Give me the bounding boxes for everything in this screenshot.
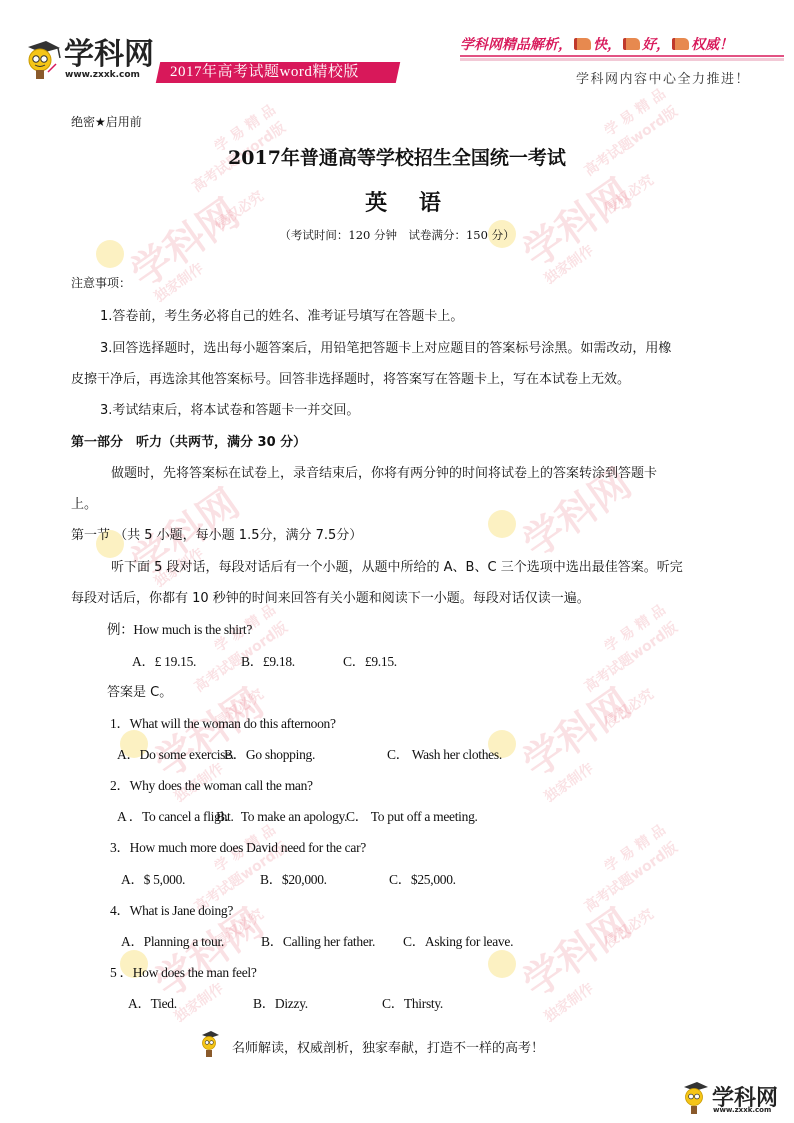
slogan-item: 好， <box>642 37 670 53</box>
notes-heading: 注意事项： <box>71 274 131 291</box>
mascot-icon <box>200 1030 220 1058</box>
watermark-brand: 学科网 <box>510 673 641 789</box>
option-4c: C．Asking for leave. <box>403 930 513 950</box>
part1-intro: 做题时，先将答案标在试卷上，录音结束后，你将有两分钟的时间将试卷上的答案转涂到答… <box>111 462 657 481</box>
question-4: 4．What is Jane doing? <box>110 899 233 919</box>
option-1c: C． Wash her clothes. <box>387 743 502 763</box>
example-answer: 答案是 C。 <box>107 681 172 700</box>
section1-heading: 第一节 （共 5 小题，每小题 1.5分，满分 7.5分） <box>71 524 362 543</box>
note-item: 3.回答选择题时，选出每小题答案后，用铅笔把答题卡上对应题目的答案标号涂黑。如需… <box>100 337 671 356</box>
watermark-mascot-icon <box>96 240 124 268</box>
exam-title: 2017年普通高等学校招生全国统一考试 <box>0 143 794 170</box>
option-2c: C． To put off a meeting. <box>346 805 478 825</box>
watermark-line: 学 易 精 品 <box>600 83 669 140</box>
section1-intro: 听下面 5 段对话，每段对话后有一个小题，从题中所给的 A、B、C 三个选项中选… <box>111 556 683 575</box>
section1-intro: 每段对话后，你都有 10 秒钟的时间来回答有关小题和阅读下一小题。每段对话仅读一… <box>71 587 590 606</box>
question-5: 5 ．How does the man feel? <box>110 961 257 981</box>
option-2b: B． To make an apology. <box>216 805 347 825</box>
watermark-brand: 学科网 <box>510 893 641 1009</box>
header-tagline: 学科网内容中心全力推进！ <box>576 68 750 87</box>
option-1b: B．Go shopping. <box>224 743 315 763</box>
mascot-logo-icon <box>682 1080 710 1116</box>
thumbs-up-icon <box>574 38 591 50</box>
example-option: C．£9.15. <box>343 650 397 670</box>
thumbs-up-icon <box>623 38 640 50</box>
header-slogan: 学科网精品解析，快，好，权威！ <box>460 34 733 54</box>
option-4a: A．Planning a tour. <box>121 930 224 950</box>
watermark-line: 独家制作 <box>150 258 207 307</box>
part1-heading: 第一部分 听力（共两节，满分 30 分） <box>71 431 306 450</box>
footer-slogan: 名师解读，权威剖析，独家奉献，打造不一样的高考！ <box>232 1037 544 1056</box>
watermark-line: 独家制作 <box>540 240 597 289</box>
watermark-line: 高考试题word版 <box>580 837 681 916</box>
watermark-line: 学 易 精 品 <box>600 819 669 876</box>
watermark-line: 独家制作 <box>540 978 597 1027</box>
option-5b: B．Dizzy. <box>253 992 308 1012</box>
watermark-line: 独家制作 <box>540 758 597 807</box>
edition-banner-text: 2017年高考试题word精校版 <box>170 63 359 82</box>
watermark-line: 侵权必究 <box>600 684 657 733</box>
note-item: 1.答卷前，考生务必将自己的姓名、准考证号填写在答题卡上。 <box>100 305 463 324</box>
exam-subject: 英 语 <box>0 186 794 217</box>
watermark-mascot-icon <box>488 510 516 538</box>
question-3: 3．How much more does David need for the … <box>110 836 366 856</box>
slogan-item: 权威！ <box>691 37 733 53</box>
option-1a: A．Do some exercise. <box>117 743 234 763</box>
example-option: B．£9.18. <box>241 650 295 670</box>
option-4b: B．Calling her father. <box>261 930 375 950</box>
option-3c: C．$25,000. <box>389 868 456 888</box>
header-divider <box>460 55 784 57</box>
footer-logo-url: www.zxxk.com <box>713 1106 771 1114</box>
note-item: 3.考试结束后，将本试卷和答题卡一并交回。 <box>100 399 359 418</box>
option-3b: B．$20,000. <box>260 868 327 888</box>
watermark-line: 侵权必究 <box>600 904 657 953</box>
watermark-mascot-icon <box>488 950 516 978</box>
watermark-brand: 学科网 <box>510 163 641 279</box>
option-5a: A．Tied. <box>128 992 177 1012</box>
slogan-prefix: 学科网精品解析， <box>460 37 572 53</box>
logo-url: www.zxxk.com <box>65 70 140 80</box>
part1-intro: 上。 <box>71 493 97 512</box>
note-item: 皮擦干净后，再选涂其他答案标号。回答非选择题时，将答案写在答题卡上，写在本试卷上… <box>71 368 630 387</box>
example-option: A．£ 19.15. <box>132 650 196 670</box>
watermark-line: 学 易 精 品 <box>600 599 669 656</box>
question-2: 2．Why does the woman call the man? <box>110 774 313 794</box>
logo-title: 学科网 <box>64 38 154 72</box>
watermark-line: 高考试题word版 <box>580 617 681 696</box>
exam-info: （考试时间：120 分钟 试卷满分：150 分） <box>0 227 794 243</box>
question-1: 1．What will the woman do this afternoon? <box>110 712 336 732</box>
thumbs-up-icon <box>672 38 689 50</box>
option-5c: C．Thirsty. <box>382 992 443 1012</box>
header-divider-shadow <box>460 58 784 61</box>
slogan-item: 快， <box>593 37 621 53</box>
watermark-line: 独家制作 <box>170 978 227 1027</box>
example-question: 例：How much is the shirt? <box>107 618 252 638</box>
mascot-logo-icon <box>24 38 64 82</box>
option-3a: A．$ 5,000. <box>121 868 185 888</box>
classification-label: 绝密★启用前 <box>71 113 142 130</box>
